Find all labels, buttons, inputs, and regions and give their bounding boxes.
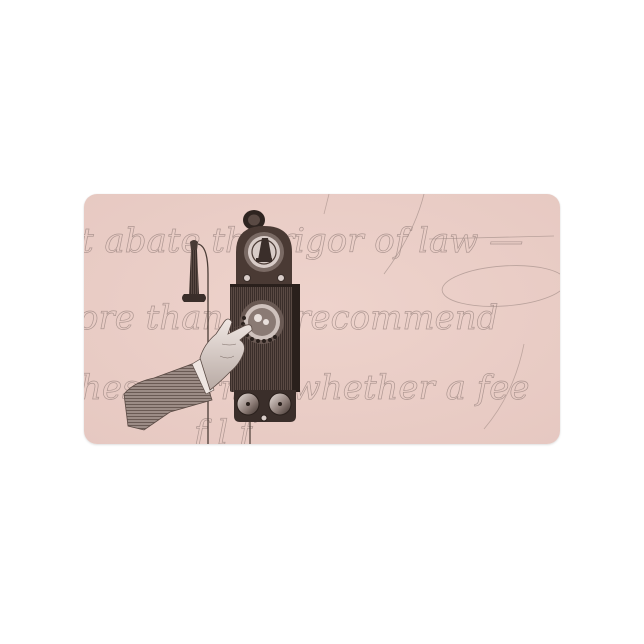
wall-telephone-icon [230, 210, 300, 444]
label-artwork: t abate the rigor of law — ore than we r… [84, 194, 560, 444]
svg-text:t abate the rigor of law —: t abate the rigor of law — [84, 221, 523, 261]
rotary-dial-icon [240, 300, 284, 344]
address-label: t abate the rigor of law — ore than we r… [84, 194, 560, 444]
